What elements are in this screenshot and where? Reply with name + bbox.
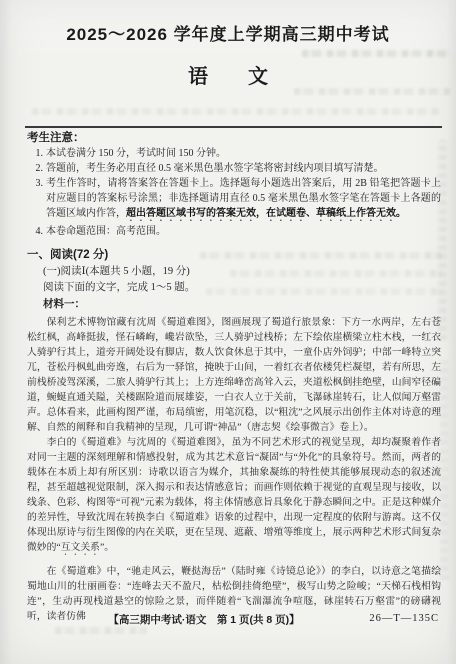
notice-item-text: 答题前，考生务必用直径 0.5 毫米黑色墨水签字笔将密封线内项目填写清楚。: [46, 161, 441, 176]
bleedthrough-artifact: [440, 360, 449, 580]
material-one-label: 材料一：: [27, 296, 441, 312]
notice-item-2: 2. 答题前，考生务必用直径 0.5 毫米黑色墨水签字笔将密封线内项目填写清楚。: [27, 161, 441, 176]
notice-item-text: 本试卷满分 150 分，考试时间 150 分钟。: [46, 146, 441, 161]
notice-item-1: 1. 本试卷满分 150 分，考试时间 150 分钟。: [27, 146, 441, 161]
material-paragraph-1: 保利艺术博物馆藏有沈周《蜀道难图》，图画展现了蜀道行旅景象：下方一水两岸，左右苍…: [27, 315, 441, 435]
material-one-text: 保利艺术博物馆藏有沈周《蜀道难图》，图画展现了蜀道行旅景象：下方一水两岸，左右苍…: [27, 315, 441, 624]
exam-paper-page: 2025～2026 学年度上学期高三期中考试 语 文 考生注意： 1. 本试卷满…: [0, 0, 456, 664]
paragraph-2-text-end: ”。: [100, 542, 114, 553]
candidate-notice: 考生注意： 1. 本试卷满分 150 分，考试时间 150 分钟。 2. 答题前…: [27, 131, 441, 239]
notice-item-text: 考生作答时，请将答案答在答题卡上。选择题每小题选出答案后，用 2B 铅笔把答题卡…: [46, 176, 441, 224]
page-footer: 【高三期中考试·语文 第 1 页(共 8 页)】 26—T—135C: [27, 612, 441, 632]
exam-subject: 语 文: [0, 60, 456, 89]
notice-item-number: 1.: [27, 146, 46, 161]
notice-item-text-emphasized: 超出答题区域书写的答案无效，在试题卷、草稿纸上作答无效。: [126, 208, 406, 219]
footer-exam-code: 26—T—135C: [369, 613, 439, 624]
notice-item-text: 本卷命题范围：高考范围。: [46, 224, 441, 239]
reading-instruction: 阅读下面的文字，完成 1～5 题。: [27, 280, 441, 296]
notice-heading: 考生注意：: [27, 131, 441, 146]
section-heading-reading: 一、阅读(72 分): [27, 247, 441, 264]
notice-item-number: 4.: [27, 224, 46, 239]
section-reading: 一、阅读(72 分) (一)阅读Ⅰ(本题共 5 小题，19 分) 阅读下面的文字…: [27, 247, 441, 312]
bleedthrough-artifact: [32, 108, 440, 115]
bleedthrough-artifact: [294, 88, 450, 95]
material-paragraph-2: 李白的《蜀道难》与沈周的《蜀道难图》，虽为不同艺术形式的视觉呈现，却均凝聚着作者…: [27, 435, 441, 558]
footer-page-info: 【高三期中考试·语文 第 1 页(共 8 页)】: [27, 612, 381, 627]
bleedthrough-artifact: [302, 50, 450, 57]
notice-item-number: 3.: [27, 176, 46, 224]
paragraph-2-emphasized-term: 互文关系: [61, 542, 100, 553]
header-rule: [25, 126, 442, 128]
section-subheading-reading-1: (一)阅读Ⅰ(本题共 5 小题，19 分): [27, 264, 441, 280]
exam-title: 2025～2026 学年度上学期高三期中考试: [0, 20, 456, 45]
notice-item-4: 4. 本卷命题范围：高考范围。: [27, 224, 441, 239]
notice-item-number: 2.: [27, 161, 46, 176]
notice-item-3: 3. 考生作答时，请将答案答在答题卡上。选择题每小题选出答案后，用 2B 铅笔把…: [27, 176, 441, 224]
paragraph-2-text: 李白的《蜀道难》与沈周的《蜀道难图》，虽为不同艺术形式的视觉呈现，却均凝聚着作者…: [27, 437, 441, 553]
